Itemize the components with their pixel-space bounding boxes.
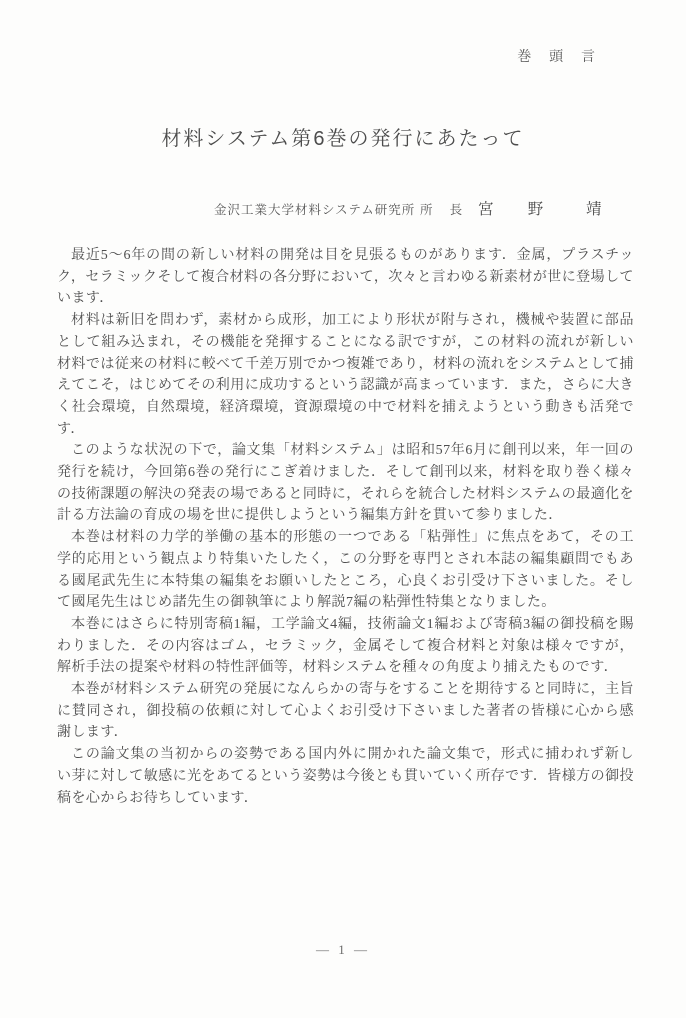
author-surname: 宮 野 bbox=[478, 197, 558, 219]
author-role: 所 長 bbox=[420, 200, 469, 218]
page-number: — 1 — bbox=[0, 942, 686, 958]
document-title: 材料システム第6巻の発行にあたって bbox=[0, 122, 686, 151]
document-page: 巻 頭 言 材料システム第6巻の発行にあたって 金沢工業大学材料システム研究所 … bbox=[0, 0, 686, 1018]
paragraph: 本巻は材料の力学的挙働の基本的形態の一つである「粘弾性」に焦点をあて，その工学的… bbox=[57, 527, 634, 614]
document-body: 最近5～6年の間の新しい材料の開発は目を見張るものがあります．金属，プラスチック… bbox=[57, 245, 634, 809]
page-header-label: 巻 頭 言 bbox=[517, 46, 602, 66]
author-given-name: 靖 bbox=[586, 197, 602, 219]
paragraph: この論文集の当初からの姿勢である国内外に開かれた論文集で，形式に捕われず新しい芽… bbox=[57, 744, 634, 809]
paragraph: このような状況の下で，論文集「材料システム」は昭和57年6月に創刊以来，年一回の… bbox=[57, 440, 634, 527]
paragraph: 材料は新旧を問わず，素材から成形，加工により形状が附与され，機械や装置に部品とし… bbox=[57, 310, 634, 440]
author-line: 金沢工業大学材料システム研究所 所 長 宮 野 靖 bbox=[0, 197, 686, 221]
paragraph: 本巻にはさらに特別寄稿1編，工学論文4編，技術論文1編および寄稿3編の御投稿を賜… bbox=[57, 614, 634, 679]
author-affiliation: 金沢工業大学材料システム研究所 bbox=[214, 200, 415, 218]
paragraph: 本巻が材料システム研究の発展になんらかの寄与をすることを期待すると同時に，主旨に… bbox=[57, 679, 634, 744]
paragraph: 最近5～6年の間の新しい材料の開発は目を見張るものがあります．金属，プラスチック… bbox=[57, 245, 634, 310]
